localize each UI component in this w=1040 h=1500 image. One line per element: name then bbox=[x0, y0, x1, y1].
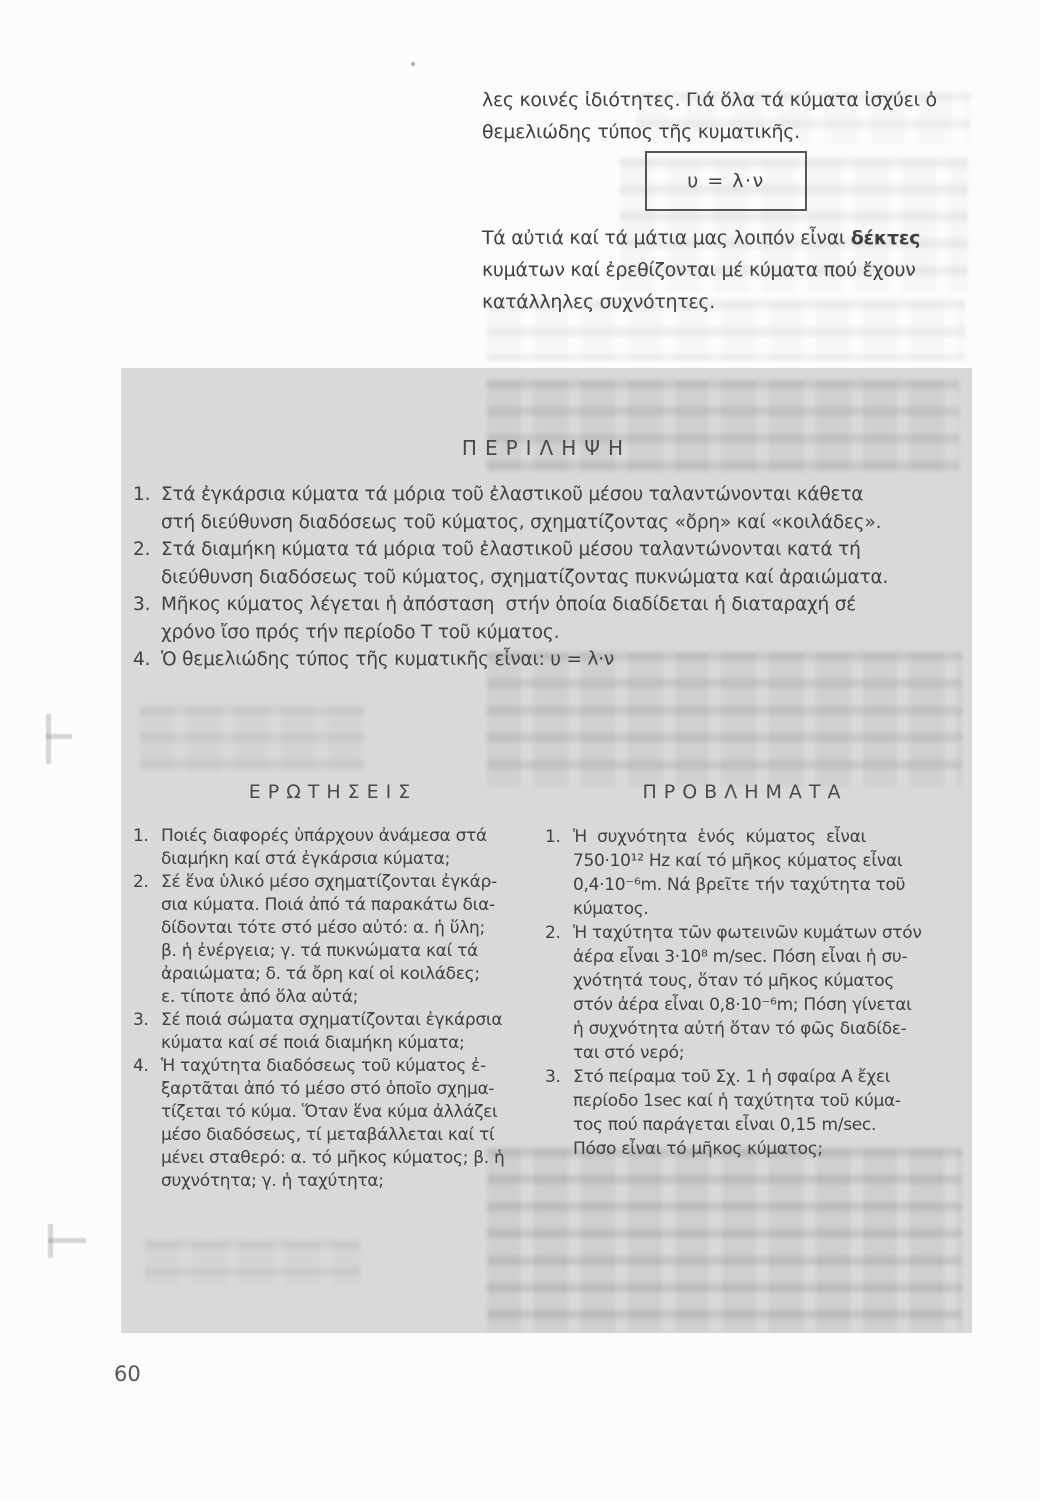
text-line: ἀραιώματα; δ. τά ὄρη καί οἱ κοιλάδες; bbox=[161, 963, 533, 986]
text-line: σια κύματα. Ποιά ἀπό τά παρακάτω δια- bbox=[161, 894, 533, 917]
text-line: τος πού παράγεται εἶναι 0,15 m/sec. bbox=[573, 1113, 945, 1137]
bleedthrough-ghost-text bbox=[145, 1240, 360, 1285]
intro-text-line: θεμελιώδης τύπος τῆς κυματικῆς. bbox=[482, 116, 937, 148]
intro-text-line: κυμάτων καί ἐρεθίζονται μέ κύματα πού ἔχ… bbox=[482, 254, 920, 286]
scanned-textbook-page: λες κοινές ἰδιότητες. Γιά ὅλα τά κύματα … bbox=[0, 0, 1040, 1500]
text-line: μέσο διαδόσεως, τί μεταβάλλεται καί τί bbox=[161, 1124, 533, 1147]
text-line: δίδονται τότε στό μέσο αὐτό: α. ἡ ὕλη; bbox=[161, 917, 533, 940]
text-line: Μῆκος κύματος λέγεται ἡ ἀπόσταση στήν ὁπ… bbox=[161, 591, 963, 619]
item-text: Ἡ ταχύτητα διαδόσεως τοῦ κύματος ἐ-ξαρτᾶ… bbox=[161, 1055, 533, 1193]
questions-column: ΕΡΩΤΗΣΕΙΣ 1. Ποιές διαφορές ὑπάρχουν ἀνά… bbox=[133, 781, 533, 803]
bleedthrough-ghost-text bbox=[140, 706, 365, 771]
item-text: Στό πείραμα τοῦ Σχ. 1 ἡ σφαίρα Α ἔχειπερ… bbox=[573, 1065, 945, 1161]
item-number: 3. bbox=[133, 1009, 161, 1032]
intro-paragraph-1: λες κοινές ἰδιότητες. Γιά ὅλα τά κύματα … bbox=[482, 84, 937, 148]
text-line: χρόνο ἴσο πρός τήν περίοδο Τ τοῦ κύματος… bbox=[161, 619, 963, 647]
item-number: 3. bbox=[545, 1065, 573, 1089]
summary-item: 1. Στά ἐγκάρσια κύματα τά μόρια τοῦ ἐλασ… bbox=[133, 481, 963, 536]
question-item: 2. Σέ ἕνα ὑλικό μέσο σχηματίζονται ἐγκάρ… bbox=[133, 871, 533, 1009]
item-number: 4. bbox=[133, 1055, 161, 1078]
text-line: ἡ συχνότητα αὐτή ὅταν τό φῶς διαδίδε- bbox=[573, 1017, 945, 1041]
item-number: 1. bbox=[133, 825, 161, 848]
item-number: 1. bbox=[545, 825, 573, 849]
text-line: Στό πείραμα τοῦ Σχ. 1 ἡ σφαίρα Α ἔχει bbox=[573, 1065, 945, 1089]
text-line: Ποιές διαφορές ὑπάρχουν ἀνάμεσα στά bbox=[161, 825, 533, 848]
text-line: συχνότητα; γ. ἡ ταχύτητα; bbox=[161, 1170, 533, 1193]
intro-paragraph-2: Τά αὐτιά καί τά μάτια μας λοιπόν εἶναι δ… bbox=[482, 222, 920, 318]
question-item: 3. Σέ ποιά σώματα σχηματίζονται ἐγκάρσια… bbox=[133, 1009, 533, 1055]
item-text: Ἡ ταχύτητα τῶν φωτεινῶν κυμάτων στόνἀέρα… bbox=[573, 921, 945, 1065]
text-line: Ἡ ταχύτητα διαδόσεως τοῦ κύματος ἐ- bbox=[161, 1055, 533, 1078]
item-text: Σέ ἕνα ὑλικό μέσο σχηματίζονται ἐγκάρ-σι… bbox=[161, 871, 533, 1009]
text-line: ἀέρα εἶναι 3·10⁸ m/sec. Πόση εἶναι ἡ συ- bbox=[573, 945, 945, 969]
text-line: κύματος. bbox=[573, 897, 945, 921]
text-line: στόν ἀέρα εἶναι 0,8·10⁻⁶m; Πόση γίνεται bbox=[573, 993, 945, 1017]
item-number: 2. bbox=[133, 536, 161, 564]
text-line: Στά ἐγκάρσια κύματα τά μόρια τοῦ ἐλαστικ… bbox=[161, 481, 963, 509]
item-number: 2. bbox=[545, 921, 573, 945]
scan-speck bbox=[411, 62, 415, 66]
text-line: τίζεται τό κύμα. Ὅταν ἕνα κύμα ἀλλάζει bbox=[161, 1101, 533, 1124]
text-line: ξαρτᾶται ἀπό τό μέσο στό ὁποῖο σχημα- bbox=[161, 1078, 533, 1101]
text-line: 0,4·10⁻⁶m. Νά βρεῖτε τήν ταχύτητα τοῦ bbox=[573, 873, 945, 897]
intro-text-line: κατάλληλες συχνότητες. bbox=[482, 286, 920, 318]
formula-text: υ = λ·ν bbox=[687, 170, 764, 192]
problem-item: 2. Ἡ ταχύτητα τῶν φωτεινῶν κυμάτων στόνἀ… bbox=[545, 921, 945, 1065]
problems-heading: ΠΡΟΒΛΗΜΑΤΑ bbox=[545, 781, 945, 803]
text-line: Ἡ ταχύτητα τῶν φωτεινῶν κυμάτων στόν bbox=[573, 921, 945, 945]
item-text: Σέ ποιά σώματα σχηματίζονται ἐγκάρσιακύμ… bbox=[161, 1009, 533, 1055]
intro-text-line: Τά αὐτιά καί τά μάτια μας λοιπόν εἶναι δ… bbox=[482, 222, 920, 254]
text-line: διεύθυνση διαδόσεως τοῦ κύματος, σχηματί… bbox=[161, 564, 963, 592]
text-line: Σέ ἕνα ὑλικό μέσο σχηματίζονται ἐγκάρ- bbox=[161, 871, 533, 894]
bleedthrough-ghost-text bbox=[487, 1148, 962, 1333]
text-line: Στά διαμήκη κύματα τά μόρια τοῦ ἐλαστικο… bbox=[161, 536, 963, 564]
summary-item: 3. Μῆκος κύματος λέγεται ἡ ἀπόσταση στήν… bbox=[133, 591, 963, 646]
item-number: 4. bbox=[133, 646, 161, 674]
text-line: μένει σταθερό: α. τό μῆκος κύματος; β. ἡ bbox=[161, 1147, 533, 1170]
question-item: 4. Ἡ ταχύτητα διαδόσεως τοῦ κύματος ἐ-ξα… bbox=[133, 1055, 533, 1193]
intro-bold-word: δέκτες bbox=[851, 227, 920, 249]
questions-list: 1. Ποιές διαφορές ὑπάρχουν ἀνάμεσα στάδι… bbox=[133, 825, 533, 1193]
problems-column: ΠΡΟΒΛΗΜΑΤΑ 1. Ἡ συχνότητα ἑνός κύματος ε… bbox=[545, 781, 945, 803]
text-line: χνότητά τους, ὅταν τό μῆκος κύματος bbox=[573, 969, 945, 993]
summary-panel: ΠΕΡΙΛΗΨΗ 1. Στά ἐγκάρσια κύματα τά μόρια… bbox=[121, 368, 972, 1333]
scan-artifact-mark bbox=[46, 714, 51, 764]
formula-box: υ = λ·ν bbox=[645, 151, 807, 211]
scan-artifact-mark bbox=[46, 734, 72, 739]
problem-item: 1. Ἡ συχνότητα ἑνός κύματος εἶναι750·10¹… bbox=[545, 825, 945, 921]
text-line: Ἡ συχνότητα ἑνός κύματος εἶναι bbox=[573, 825, 945, 849]
text-line: Πόσο εἶναι τό μῆκος κύματος; bbox=[573, 1137, 945, 1161]
text-line: Ὁ θεμελιώδης τύπος τῆς κυματικῆς εἶναι: … bbox=[161, 646, 963, 674]
text-line: περίοδο 1sec καί ἡ ταχύτητα τοῦ κύμα- bbox=[573, 1089, 945, 1113]
text-line: Σέ ποιά σώματα σχηματίζονται ἐγκάρσια bbox=[161, 1009, 533, 1032]
item-text: Ποιές διαφορές ὑπάρχουν ἀνάμεσα στάδιαμή… bbox=[161, 825, 533, 871]
item-number: 2. bbox=[133, 871, 161, 894]
text-line: ται στό νερό; bbox=[573, 1041, 945, 1065]
intro-text-line: λες κοινές ἰδιότητες. Γιά ὅλα τά κύματα … bbox=[482, 84, 937, 116]
summary-list: 1. Στά ἐγκάρσια κύματα τά μόρια τοῦ ἐλασ… bbox=[133, 481, 963, 674]
item-text: Στά διαμήκη κύματα τά μόρια τοῦ ἐλαστικο… bbox=[161, 536, 963, 591]
item-text: Στά ἐγκάρσια κύματα τά μόρια τοῦ ἐλαστικ… bbox=[161, 481, 963, 536]
questions-heading: ΕΡΩΤΗΣΕΙΣ bbox=[133, 781, 533, 803]
question-item: 1. Ποιές διαφορές ὑπάρχουν ἀνάμεσα στάδι… bbox=[133, 825, 533, 871]
problem-item: 3. Στό πείραμα τοῦ Σχ. 1 ἡ σφαίρα Α ἔχει… bbox=[545, 1065, 945, 1161]
text-line: β. ἡ ἐνέργεια; γ. τά πυκνώματα καί τά bbox=[161, 940, 533, 963]
intro-text-segment: Τά αὐτιά καί τά μάτια μας λοιπόν εἶναι bbox=[482, 227, 851, 249]
text-line: διαμήκη καί στά ἐγκάρσια κύματα; bbox=[161, 848, 533, 871]
item-text: Ἡ συχνότητα ἑνός κύματος εἶναι750·10¹² H… bbox=[573, 825, 945, 921]
text-line: κύματα καί σέ ποιά διαμήκη κύματα; bbox=[161, 1032, 533, 1055]
summary-item: 2. Στά διαμήκη κύματα τά μόρια τοῦ ἐλαστ… bbox=[133, 536, 963, 591]
summary-heading: ΠΕΡΙΛΗΨΗ bbox=[121, 436, 972, 460]
item-number: 1. bbox=[133, 481, 161, 509]
scan-artifact-mark bbox=[48, 1238, 86, 1243]
item-number: 3. bbox=[133, 591, 161, 619]
page-number: 60 bbox=[114, 1362, 141, 1386]
text-line: 750·10¹² Hz καί τό μῆκος κύματος εἶναι bbox=[573, 849, 945, 873]
text-line: στή διεύθυνση διαδόσεως τοῦ κύματος, σχη… bbox=[161, 509, 963, 537]
item-text: Ὁ θεμελιώδης τύπος τῆς κυματικῆς εἶναι: … bbox=[161, 646, 963, 674]
item-text: Μῆκος κύματος λέγεται ἡ ἀπόσταση στήν ὁπ… bbox=[161, 591, 963, 646]
text-line: ε. τίποτε ἀπό ὅλα αὐτά; bbox=[161, 986, 533, 1009]
problems-list: 1. Ἡ συχνότητα ἑνός κύματος εἶναι750·10¹… bbox=[545, 825, 945, 1161]
summary-item: 4. Ὁ θεμελιώδης τύπος τῆς κυματικῆς εἶνα… bbox=[133, 646, 963, 674]
